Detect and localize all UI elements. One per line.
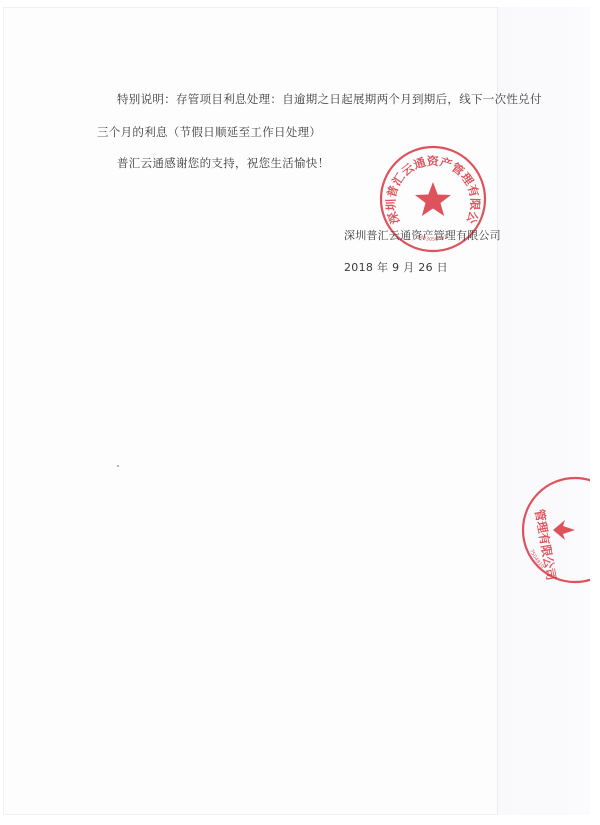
page-right-margin <box>498 7 590 815</box>
paragraph-interest-note: 三个月的利息（节假日顺延至工作日处理） <box>97 124 321 140</box>
edge-seal-text: 管理有限公司 <box>532 508 559 582</box>
svg-text:7504810: 7504810 <box>528 548 545 569</box>
signature-date: 2018 年 9 月 26 日 <box>344 259 448 275</box>
edge-seal: 管理有限公司 7504810 <box>515 470 590 590</box>
paragraph-thanks: 普汇云通感谢您的支持，祝您生活愉快！ <box>117 155 329 171</box>
fold-line <box>497 7 498 815</box>
paragraph-special-note: 特别说明：存管项目利息处理：自逾期之日起展期两个月到期后，线下一次性兑付 <box>117 91 542 107</box>
edge-seal-code: 7504810 <box>528 548 545 569</box>
signature-company: 深圳普汇云通资产管理有限公司 <box>344 227 501 243</box>
edge-seal-container: 管理有限公司 7504810 <box>498 460 590 600</box>
scan-speck <box>117 465 119 467</box>
star-icon <box>553 520 575 540</box>
